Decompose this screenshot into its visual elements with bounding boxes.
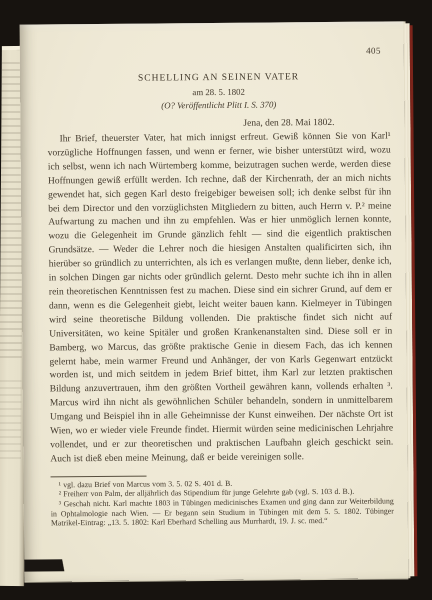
footnote-rule [51,475,147,477]
footnotes-section: ¹ vgl. dazu Brief von Marcus vom 3. 5. 0… [51,473,394,528]
page-bottom-shadow-wedge [24,559,94,572]
page-number: 405 [47,45,390,58]
letter-header-date: am 28. 5. 1802 [47,85,390,98]
book-page: 405 SCHELLING AN SEINEN VATER am 28. 5. … [20,21,409,581]
letter-header: SCHELLING AN SEINEN VATER am 28. 5. 1802… [47,71,390,111]
letter-title: SCHELLING AN SEINEN VATER [47,71,390,84]
letter-body: Ihr Brief, theuerster Vater, hat mich in… [48,130,394,467]
page-content: 405 SCHELLING AN SEINEN VATER am 28. 5. … [47,45,395,581]
letter-source-note: (O? Veröffentlicht Plitt I. S. 370) [47,98,390,111]
facing-page-ghost-text-lower [0,380,22,460]
letter-dateline: Jena, den 28. Mai 1802. [47,117,390,130]
footnote-3: ³ Geschah nicht. Karl machte 1803 in Tüb… [51,496,394,528]
